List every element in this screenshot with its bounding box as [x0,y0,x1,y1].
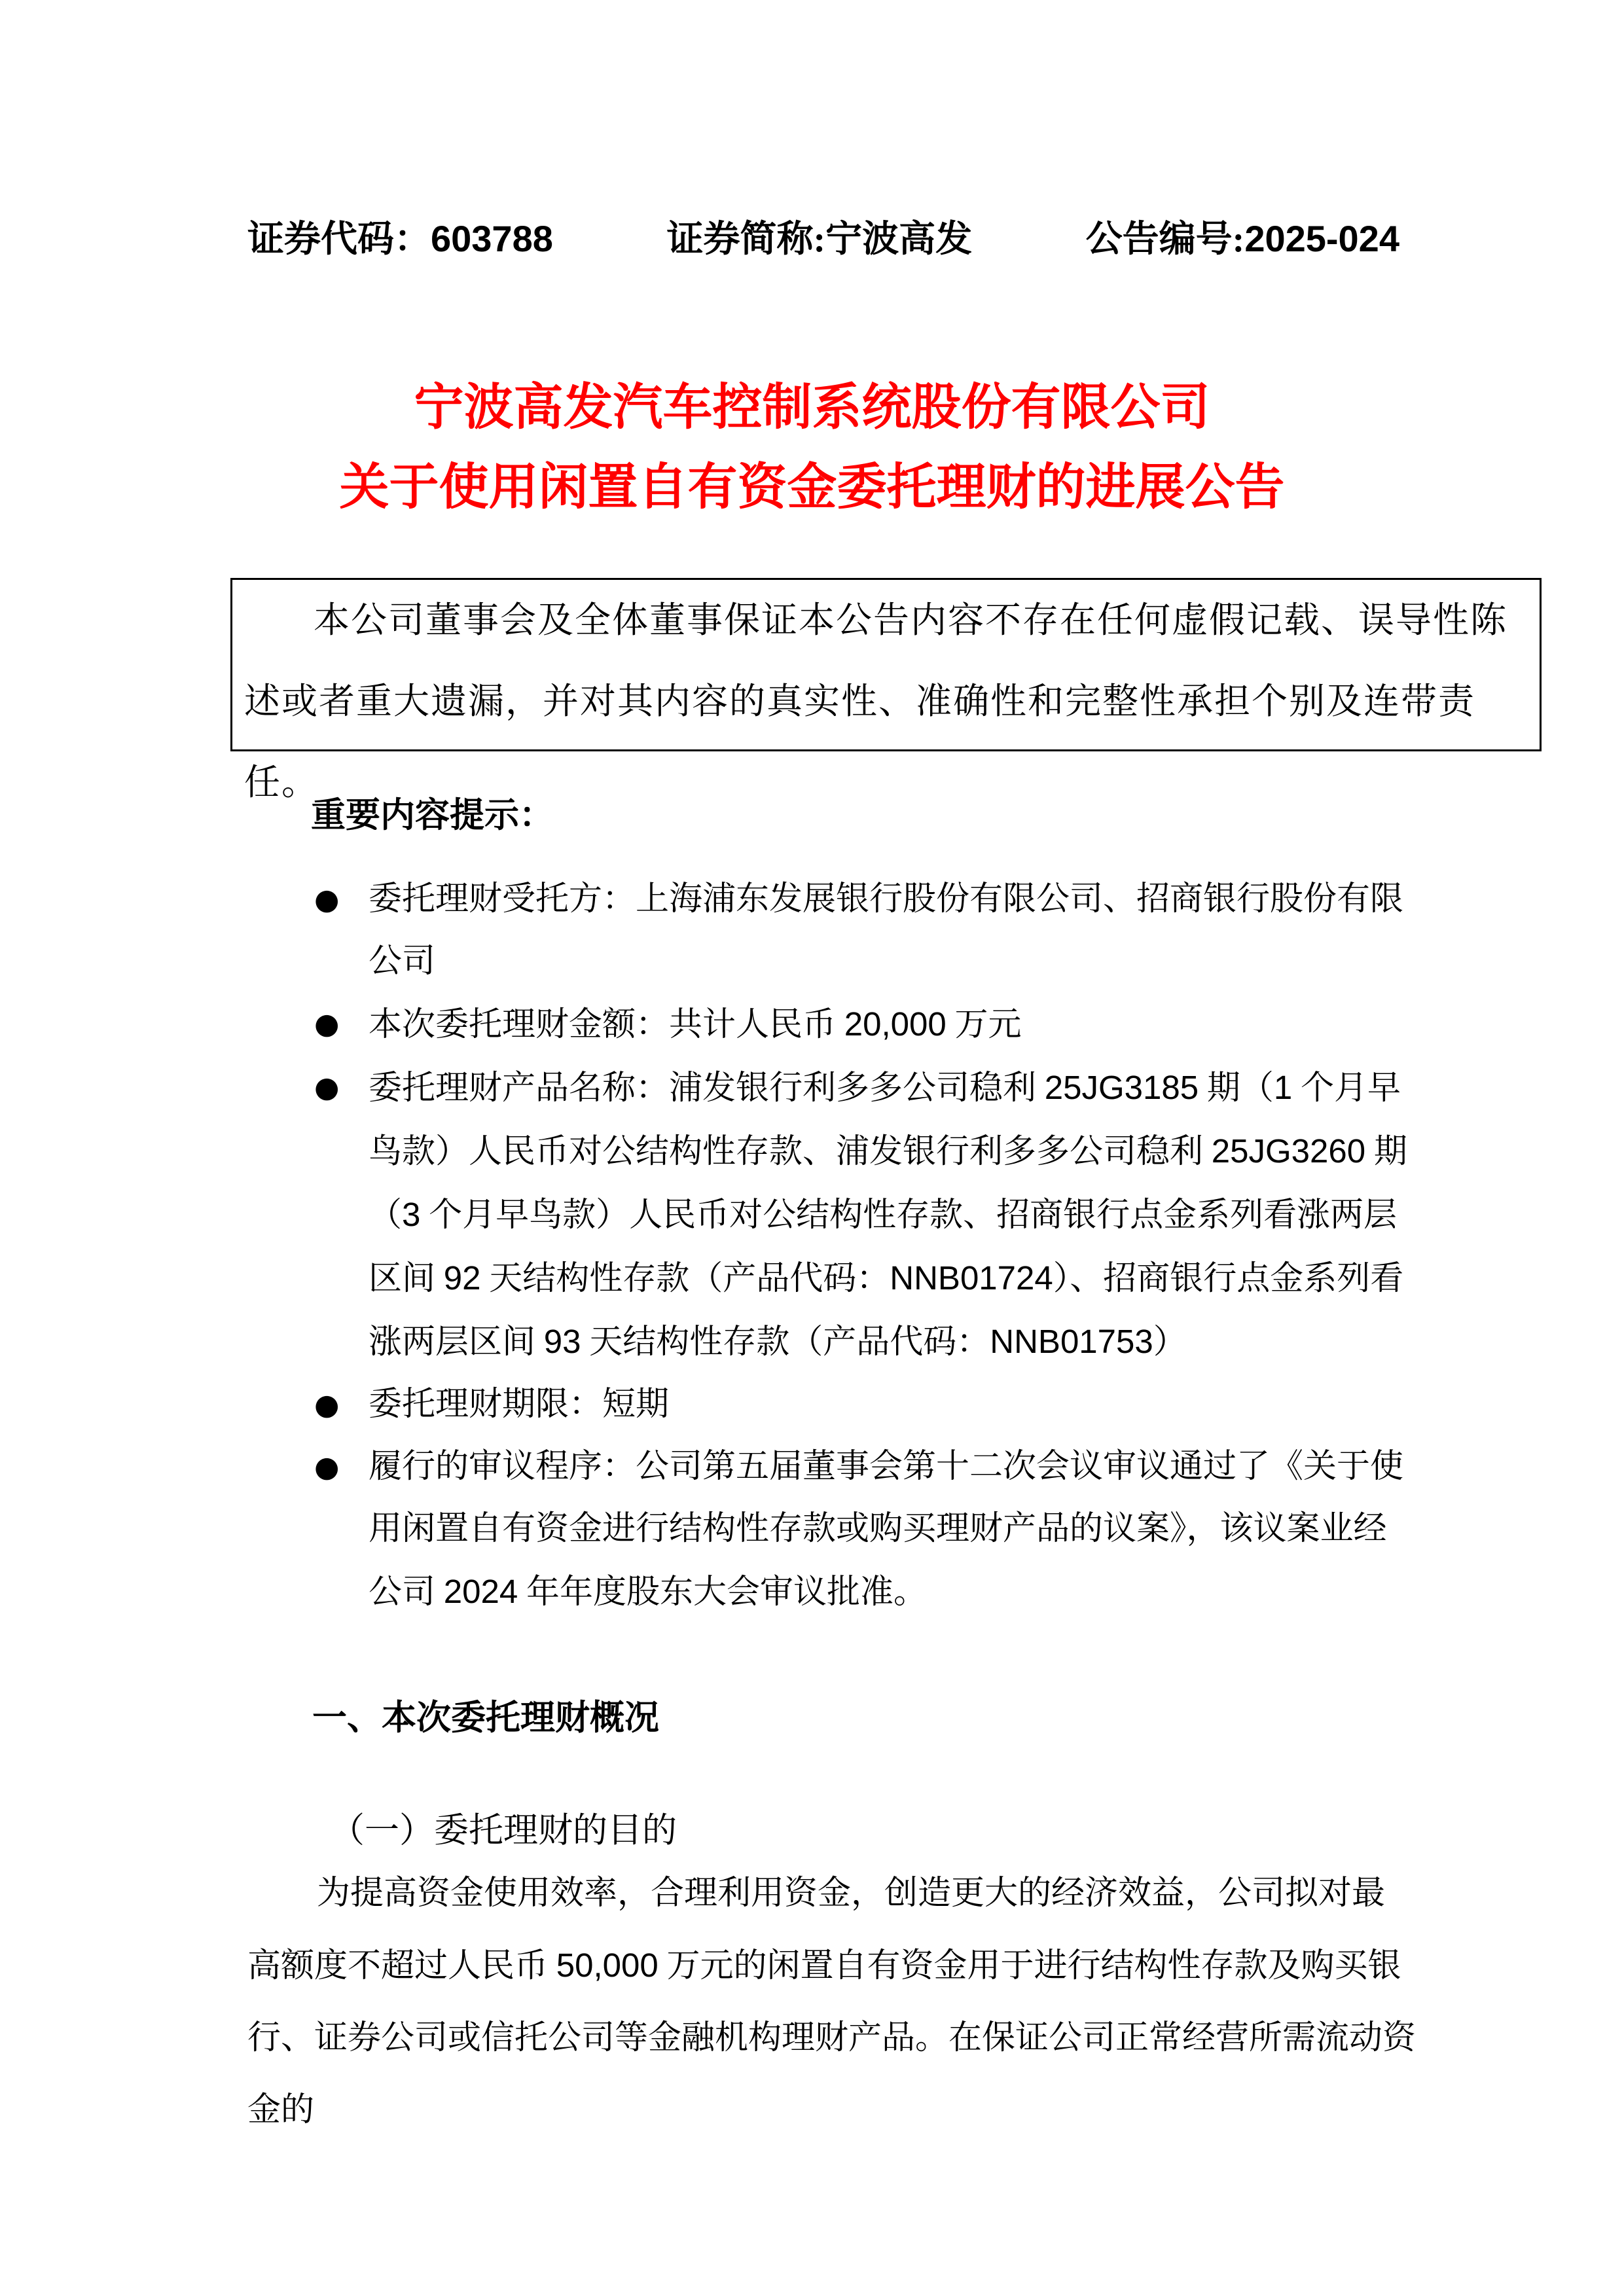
highlight-term: 委托理财期限：短期 [369,1374,1413,1436]
stock-short-name: 证券简称:宁波高发 [666,218,972,261]
section-1-1-paragraph: 为提高资金使用效率，合理利用资金，创造更大的经济效益，公司拟对最高额度不超过人民… [247,1857,1418,2146]
section-1-1-subheading: （一）委托理财的目的 [330,1809,677,1852]
bullet-icon: ● [314,993,369,1055]
highlights-list: ● 委托理财受托方：上海浦东发展银行股份有限公司、招商银行股份有限公司 ● 本次… [314,869,1427,1624]
important-notice-heading: 重要内容提示： [311,794,554,837]
list-item: ● 履行的审议程序：公司第五届董事会第十二次会议审议通过了《关于使用闲置自有资金… [314,1436,1427,1624]
bullet-icon: ● [314,1374,369,1436]
document-header: 证券代码：603788 证券简称:宁波高发 公告编号:2025-024 [247,217,1399,261]
bullet-icon: ● [314,869,369,931]
stock-code: 证券代码：603788 [247,217,553,261]
highlight-amount: 本次委托理财金额：共计人民币 20,000 万元 [369,993,1413,1056]
disclaimer-text: 本公司董事会及全体董事保证本公告内容不存在任何虚假记载、误导性陈述或者重大遗漏，… [232,580,1540,823]
announcement-page: 证券代码：603788 证券简称:宁波高发 公告编号:2025-024 宁波高发… [0,0,1624,2296]
list-item: ● 委托理财受托方：上海浦东发展银行股份有限公司、招商银行股份有限公司 [314,869,1427,993]
announcement-title: 关于使用闲置自有资金委托理财的进展公告 [0,460,1624,515]
bullet-icon: ● [314,1056,369,1119]
section-1-heading: 一、本次委托理财概况 [312,1696,659,1740]
bullet-icon: ● [314,1436,369,1498]
highlight-procedure: 履行的审议程序：公司第五届董事会第十二次会议审议通过了《关于使用闲置自有资金进行… [369,1436,1413,1624]
highlight-trustee: 委托理财受托方：上海浦东发展银行股份有限公司、招商银行股份有限公司 [369,869,1413,993]
disclaimer-box: 本公司董事会及全体董事保证本公告内容不存在任何虚假记载、误导性陈述或者重大遗漏，… [230,578,1542,751]
announcement-number: 公告编号:2025-024 [1086,217,1399,261]
list-item: ● 本次委托理财金额：共计人民币 20,000 万元 [314,993,1427,1056]
list-item: ● 委托理财期限：短期 [314,1374,1427,1436]
highlight-products: 委托理财产品名称：浦发银行利多多公司稳利 25JG3185 期（1 个月早鸟款）… [369,1056,1413,1374]
list-item: ● 委托理财产品名称：浦发银行利多多公司稳利 25JG3185 期（1 个月早鸟… [314,1056,1427,1374]
company-name-title: 宁波高发汽车控制系统股份有限公司 [0,380,1624,435]
